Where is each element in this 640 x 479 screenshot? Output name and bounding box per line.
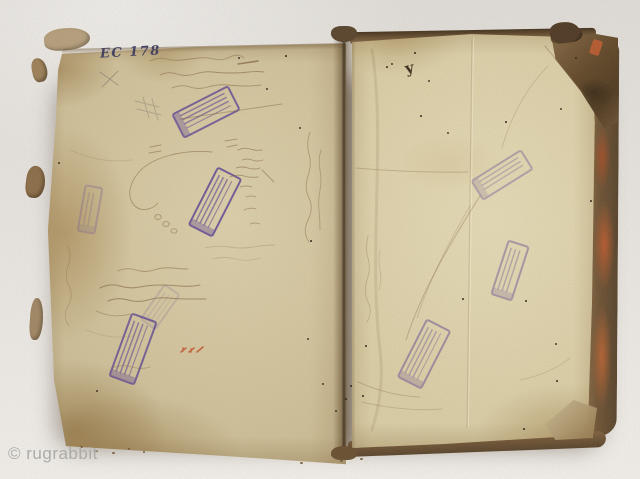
photo-scene: EC 178 y — [0, 0, 640, 479]
worm-hole-speck — [428, 80, 430, 82]
edge-crumb — [128, 448, 130, 450]
worm-hole-speck — [555, 343, 557, 345]
worm-hole-speck — [266, 88, 268, 90]
worm-hole-speck — [299, 127, 301, 129]
worm-hole-speck — [307, 338, 309, 340]
worm-hole-speck — [525, 300, 527, 302]
right-page — [346, 30, 596, 448]
worm-hole-speck — [414, 52, 416, 54]
worm-hole-speck — [310, 240, 312, 242]
worm-hole-speck — [523, 428, 525, 430]
worm-hole-speck — [391, 63, 393, 65]
worm-hole-speck — [335, 410, 337, 412]
worm-hole-speck — [322, 383, 324, 385]
worm-hole-speck — [590, 200, 592, 202]
worm-hole-speck — [556, 380, 558, 382]
worm-hole-speck — [560, 108, 562, 110]
worm-hole-speck — [58, 162, 60, 164]
worm-hole-speck — [285, 55, 287, 57]
worm-hole-speck — [386, 66, 388, 68]
worm-hole-speck — [420, 115, 422, 117]
worm-hole-speck — [96, 390, 98, 392]
edge-crumb — [112, 452, 115, 454]
page-block-edges — [34, 72, 51, 428]
left-page — [40, 42, 346, 466]
edge-crumb — [300, 462, 303, 464]
worm-hole-speck — [505, 121, 507, 123]
worm-hole-speck — [362, 395, 364, 397]
worm-hole-speck — [447, 132, 449, 134]
worm-hole-speck — [462, 298, 464, 300]
worm-hole-speck — [238, 57, 240, 59]
worm-hole-speck — [365, 345, 367, 347]
site-watermark: © rugrabbit — [8, 444, 98, 464]
worm-hole-speck — [350, 385, 352, 387]
edge-crumb — [360, 458, 363, 460]
book-gutter — [333, 32, 355, 456]
catalog-number-inscription: EC 178 — [100, 43, 162, 61]
edge-crumb — [143, 451, 145, 453]
worm-hole-speck — [345, 398, 347, 400]
worm-hole-speck — [575, 57, 577, 59]
